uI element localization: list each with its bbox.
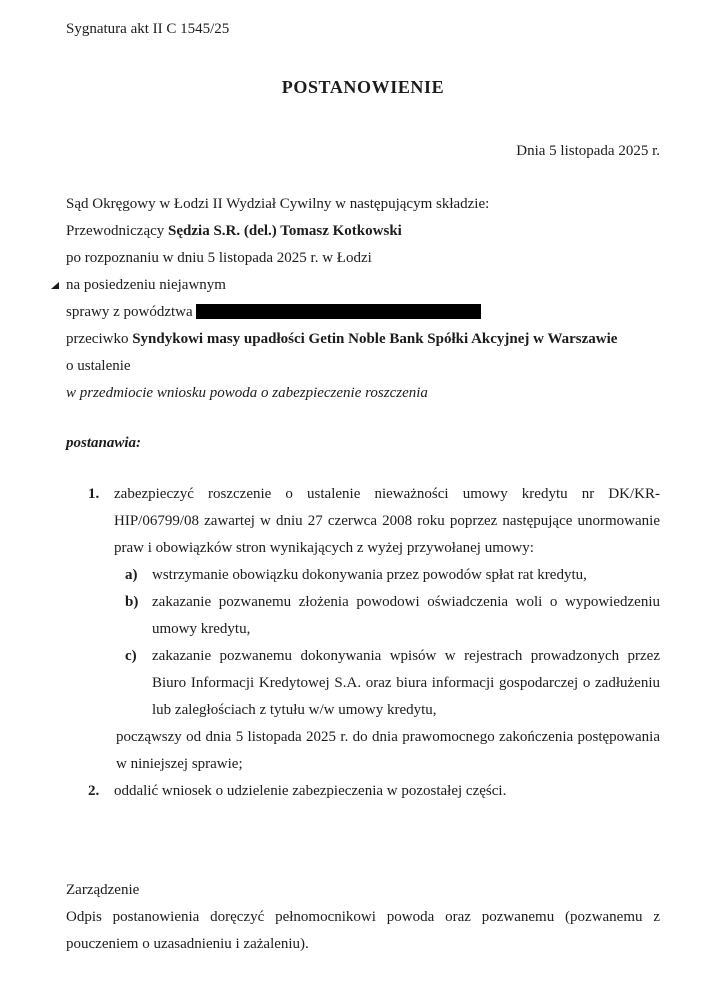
document-title: POSTANOWIENIE (66, 74, 660, 101)
case-number: Sygnatura akt II C 1545/25 (66, 16, 660, 43)
order-body: Odpis postanowienia doręczyć pełnomocnik… (66, 904, 660, 958)
presiding-judge-line: Przewodniczący Sędzia S.R. (del.) Tomasz… (66, 218, 660, 245)
subitem-text: wstrzymanie obowiązku dokonywania przez … (152, 562, 660, 589)
defendant-name: Syndykowi masy upadłości Getin Noble Ban… (132, 331, 617, 347)
motion-subject-line: w przedmiocie wniosku powoda o zabezpiec… (66, 380, 660, 407)
item-number: 2. (88, 778, 114, 805)
plaintiff-line: sprawy z powództwa (66, 299, 660, 326)
outline-collapse-icon[interactable] (51, 282, 59, 289)
subject-line: o ustalenie (66, 353, 660, 380)
header-block: Sąd Okręgowy w Łodzi II Wydział Cywilny … (66, 191, 660, 407)
subitem-text: zakazanie pozwanemu złożenia powodowi oś… (152, 589, 660, 643)
ruling-item-1: 1. zabezpieczyć roszczenie o ustalenie n… (88, 481, 660, 562)
defendant-line: przeciwko Syndykowi masy upadłości Getin… (66, 326, 660, 353)
subitem-letter: c) (125, 643, 152, 724)
presiding-judge-name: Sędzia S.R. (del.) Tomasz Kotkowski (168, 223, 402, 239)
hearing-date-line: po rozpoznaniu w dniu 5 listopada 2025 r… (66, 245, 660, 272)
item-number: 1. (88, 481, 114, 562)
ruling-subitem-b: b) zakazanie pozwanemu złożenia powodowi… (125, 589, 660, 643)
subitem-text: zakazanie pozwanemu dokonywania wpisów w… (152, 643, 660, 724)
decides-label: postanawia: (66, 430, 660, 457)
court-composition-line: Sąd Okręgowy w Łodzi II Wydział Cywilny … (66, 191, 660, 218)
date-line: Dnia 5 listopada 2025 r. (66, 138, 660, 165)
item-text: zabezpieczyć roszczenie o ustalenie niew… (114, 481, 660, 562)
session-line: na posiedzeniu niejawnym (66, 272, 660, 299)
ruling-item-2: 2. oddalić wniosek o udzielenie zabezpie… (88, 778, 660, 805)
order-heading: Zarządzenie (66, 877, 660, 904)
ruling-list: 1. zabezpieczyć roszczenie o ustalenie n… (66, 481, 660, 805)
redaction-bar (196, 304, 481, 319)
item-text: oddalić wniosek o udzielenie zabezpiecze… (114, 778, 660, 805)
presiding-prefix: Przewodniczący (66, 223, 168, 239)
session-text: na posiedzeniu niejawnym (66, 277, 226, 293)
subitem-letter: a) (125, 562, 152, 589)
item-1-continuation: począwszy od dnia 5 listopada 2025 r. do… (116, 724, 660, 778)
ruling-subitem-c: c) zakazanie pozwanemu dokonywania wpisó… (125, 643, 660, 724)
court-order-page: Sygnatura akt II C 1545/25 POSTANOWIENIE… (0, 0, 716, 995)
subitem-letter: b) (125, 589, 152, 643)
ruling-subitem-a: a) wstrzymanie obowiązku dokonywania prz… (125, 562, 660, 589)
defendant-prefix: przeciwko (66, 331, 132, 347)
claim-prefix: sprawy z powództwa (66, 304, 196, 320)
